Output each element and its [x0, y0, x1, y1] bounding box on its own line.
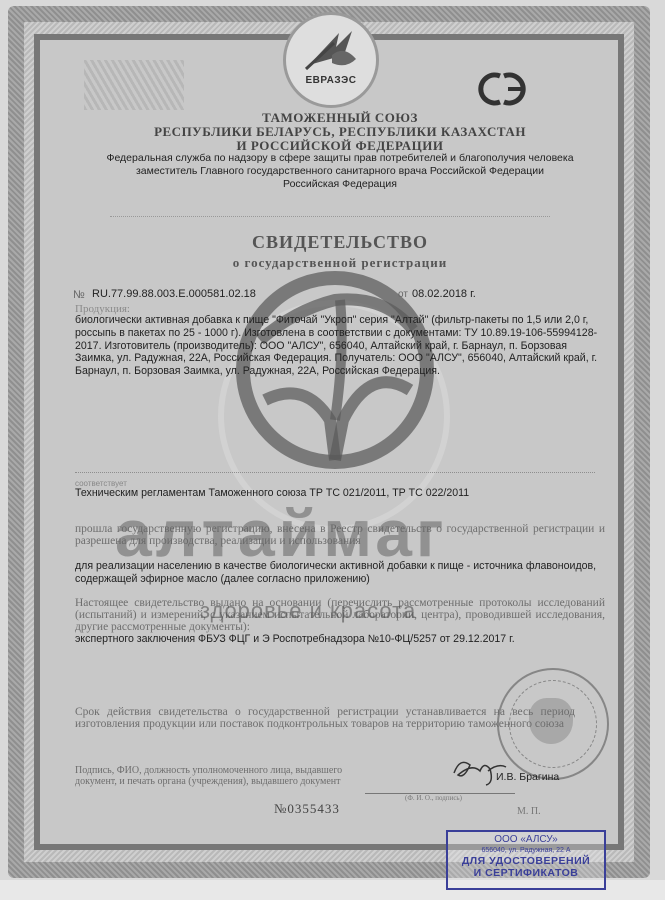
- basis-document: экспертного заключения ФБУЗ ФЦГ и Э Росп…: [75, 633, 515, 645]
- registration-number-label: №: [73, 289, 85, 301]
- registration-date-label: от: [398, 289, 408, 300]
- signer-name: И.В. Брагина: [496, 771, 559, 783]
- guilloche-pattern: [84, 60, 184, 110]
- eurasec-label: ЕВРАЗЭС: [286, 75, 376, 86]
- signature-line-caption: (Ф. И. О., подпись): [405, 794, 462, 802]
- separator-line: [75, 472, 595, 473]
- product-description: биологически активная добавка к пище "Фи…: [75, 314, 605, 378]
- copy-certification-stamp: ООО «АЛСУ» 656040, ул. Радужная, 22 А ДЛ…: [446, 830, 606, 890]
- certificate-title: СВИДЕТЕЛЬСТВО: [60, 232, 620, 253]
- watermark-brand: алтаймаг: [115, 500, 447, 566]
- stamp-purpose: ДЛЯ УДОСТОВЕРЕНИЙ: [448, 855, 604, 867]
- certificate-page: ЕВРАЗЭС ТАМОЖЕННЫЙ СОЮЗ РЕСПУБЛИКИ БЕЛАР…: [0, 0, 665, 900]
- authority-name: Федеральная служба по надзору в сфере за…: [60, 152, 620, 164]
- seal-place-label: М. П.: [517, 806, 541, 817]
- registration-date: 08.02.2018 г.: [412, 288, 476, 300]
- stamp-address: 656040, ул. Радужная, 22 А: [448, 846, 604, 855]
- signature-caption: Подпись, ФИО, должность уполномоченного …: [75, 765, 345, 787]
- authority-official: заместитель Главного государственного са…: [60, 165, 620, 177]
- authority-country: Российская Федерация: [60, 178, 620, 190]
- watermark-tagline: здоровье и красота: [200, 598, 416, 624]
- eurasec-logo: ЕВРАЗЭС: [283, 12, 379, 108]
- stamp-purpose-cont: И СЕРТИФИКАТОВ: [448, 867, 604, 879]
- registration-number: RU.77.99.88.003.Е.000581.02.18: [92, 288, 256, 300]
- se-conformity-mark-icon: [470, 70, 540, 108]
- validity-statement: Срок действия свидетельства о государств…: [75, 706, 575, 730]
- form-number: №0355433: [274, 801, 340, 817]
- stamp-company: ООО «АЛСУ»: [448, 834, 604, 846]
- fine-print-line: [110, 210, 550, 217]
- certificate-subtitle: о государственной регистрации: [60, 255, 620, 271]
- eurasec-emblem-icon: [304, 25, 364, 75]
